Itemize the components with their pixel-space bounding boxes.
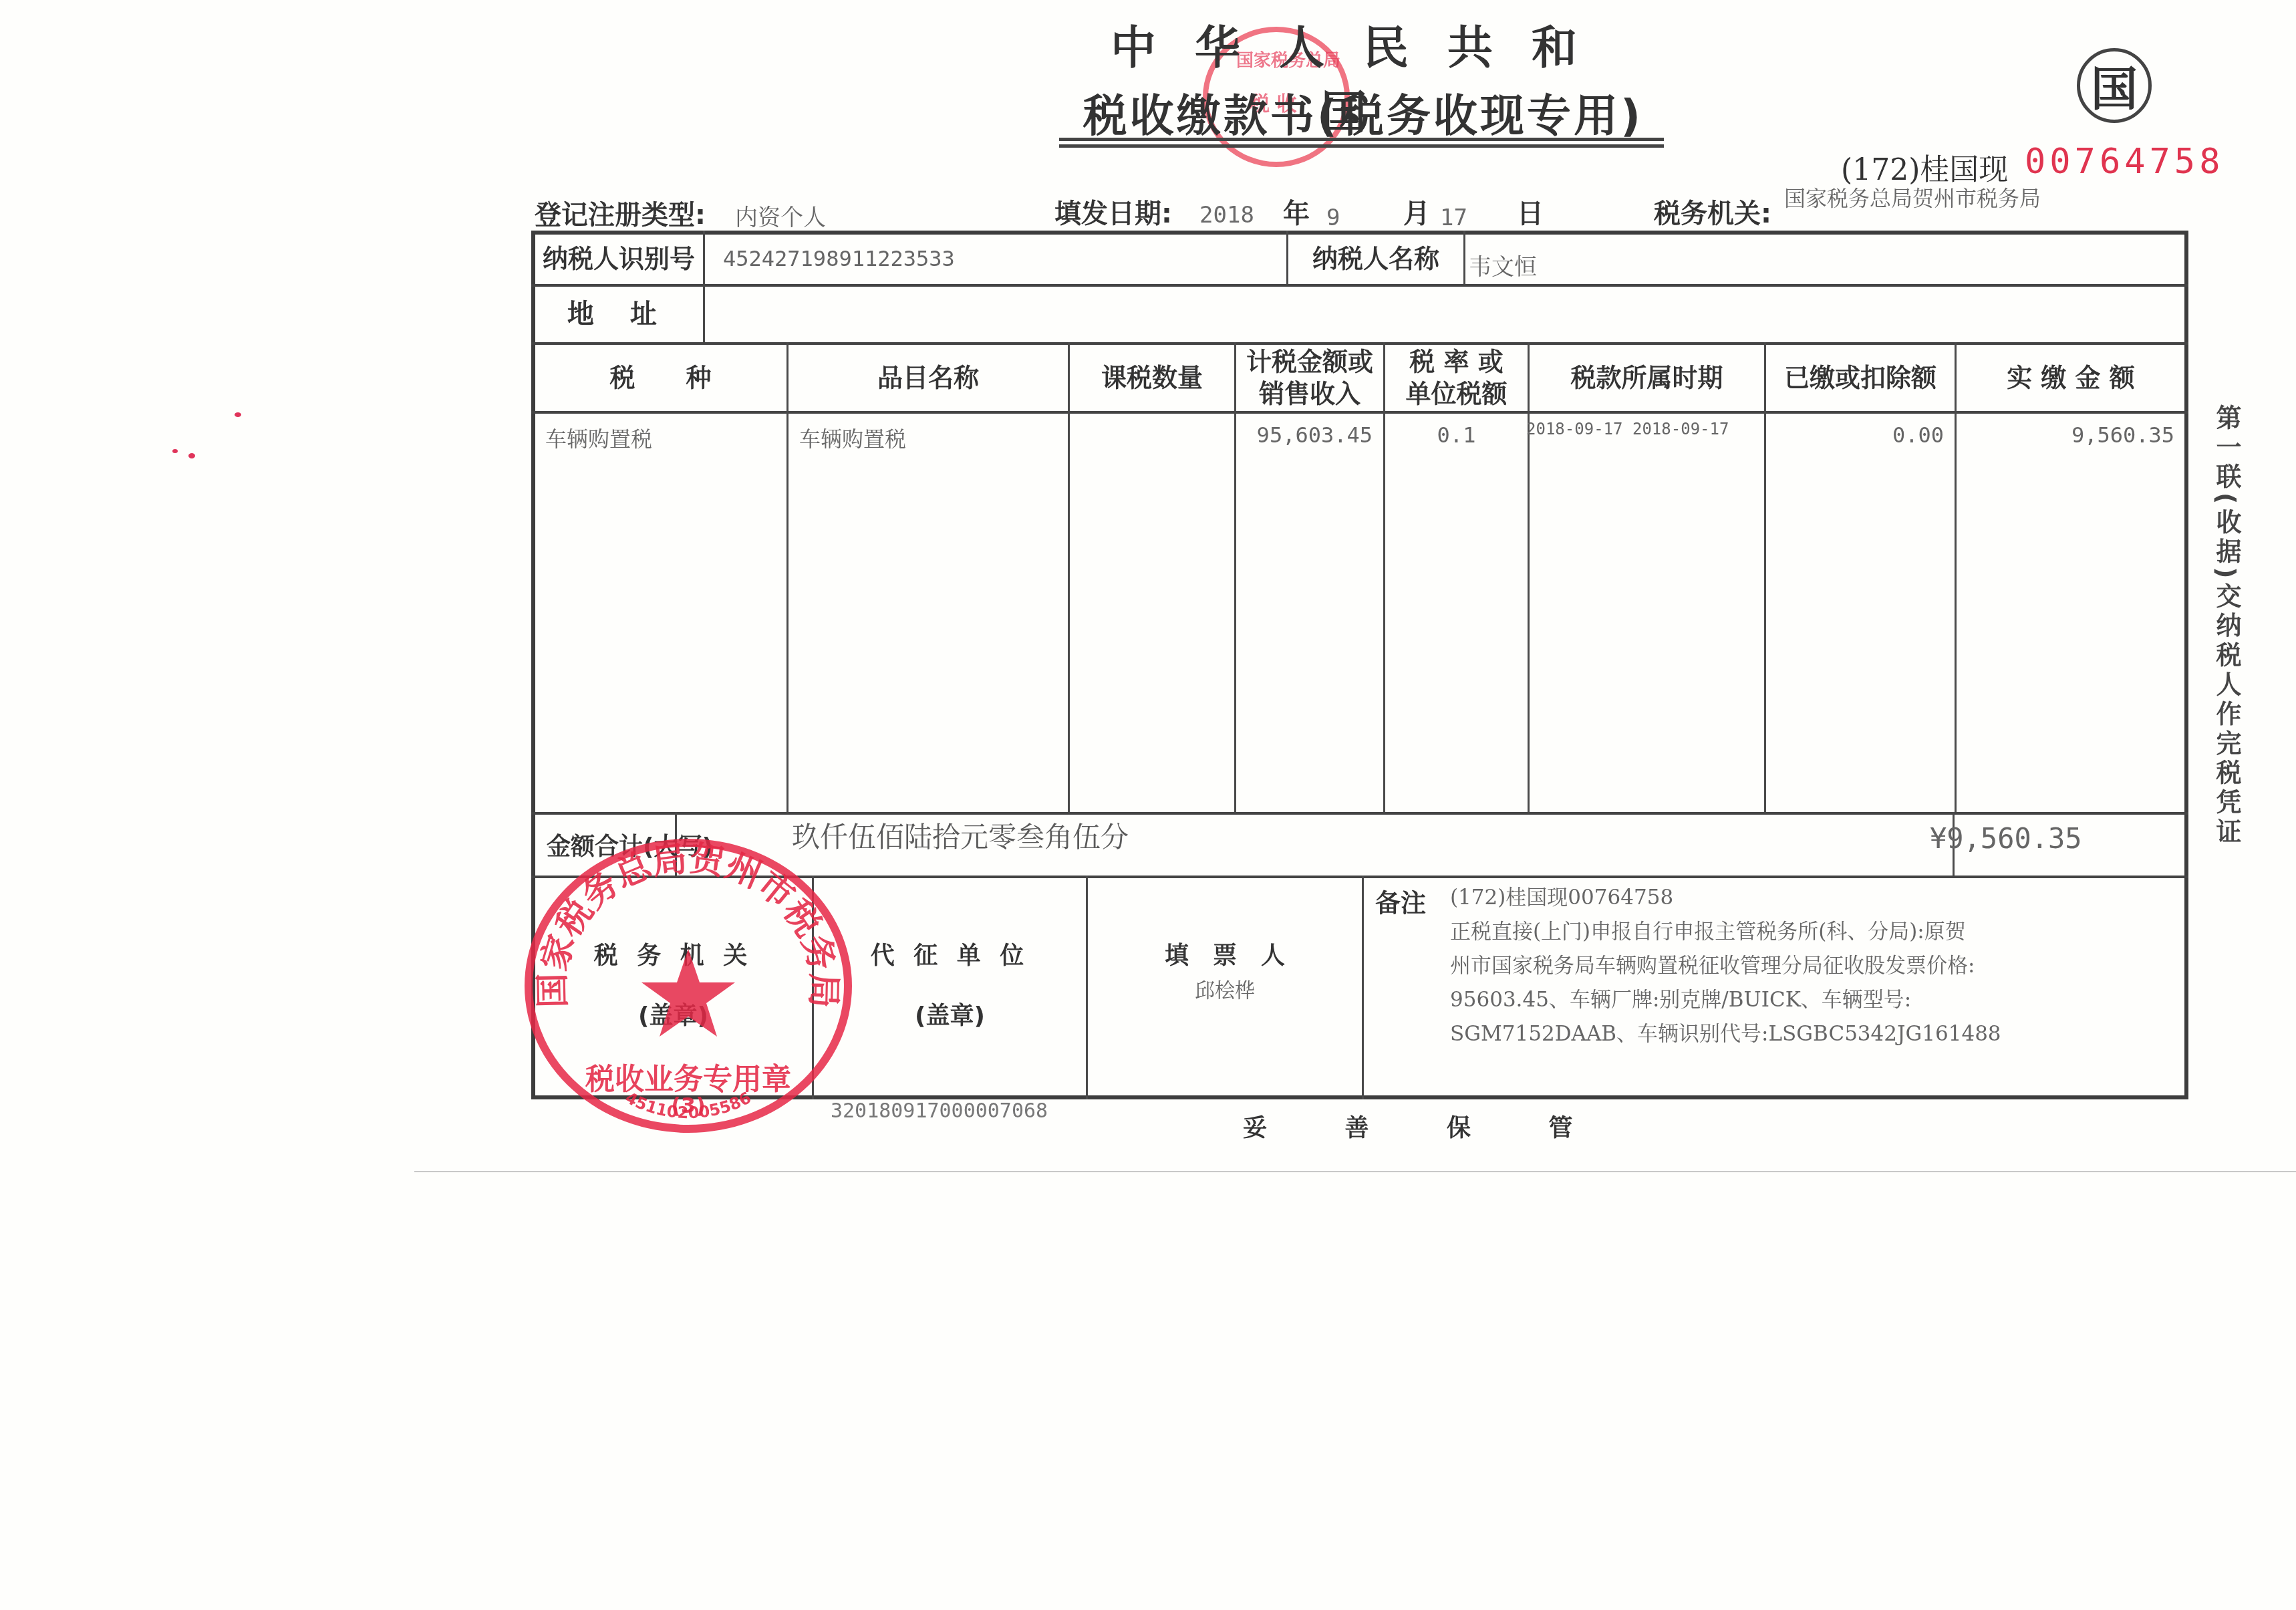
column-header-line1: 实 缴 金 额 (2007, 362, 2135, 394)
star-icon (641, 949, 735, 1037)
agent-unit-seal-note: (盖章) (814, 996, 1086, 1036)
copy-note: 第一联(收据)交纳税人作完税凭证 (2205, 404, 2245, 847)
column-header: 税 种 (535, 345, 786, 411)
remarks-content: (172)桂国现00764758正税直接(上门)申报自行申报主管税务所(科、分局… (1450, 881, 2001, 1051)
tax-authority-label: 税务机关: (1654, 192, 1771, 231)
table-cell-actual-paid: 9,560.35 (1967, 422, 2174, 448)
taxpayer-name-label: 纳税人名称 (1288, 234, 1463, 284)
ink-speck (235, 412, 241, 417)
column-header: 品目名称 (788, 345, 1068, 411)
filler-name: 邱桧桦 (1088, 974, 1362, 1008)
remarks-line: 95603.45、车辆厂牌:别克牌/BUICK、车辆型号: (1450, 983, 2001, 1017)
column-header-line1: 已缴或扣除额 (1784, 362, 1936, 394)
table-cell-rate: 0.1 (1396, 422, 1517, 448)
title-underline (1059, 138, 1664, 141)
national-tax-badge-icon: 国 (2077, 48, 2152, 123)
issue-month: 9 (1326, 205, 1340, 231)
taxpayer-id-label: 纳税人识别号 (535, 234, 703, 284)
address-label: 地 址 (535, 286, 703, 342)
column-header: 计税金额或销售收入 (1236, 345, 1383, 411)
svg-text:税收业务专用章: 税收业务专用章 (585, 1063, 791, 1097)
remarks-line: SGM7152DAAB、车辆识别代号:LSGBC5342JG161488 (1450, 1017, 2001, 1051)
taxpayer-id-value: 452427198911223533 (723, 246, 955, 271)
document-subtitle: 税收缴款书(税务收现专用) (1056, 80, 1671, 144)
issue-year: 2018 (1199, 202, 1254, 229)
col-divider (1463, 231, 1465, 284)
column-header-line1: 计税金额或 (1246, 346, 1373, 378)
column-header: 实 缴 金 额 (1957, 345, 2185, 411)
col-divider (786, 342, 788, 812)
official-seal-graphic: 国家税务总局贺州市税务局 税收业务专用章 (3) 451102005586 (525, 839, 852, 1133)
col-divider (1234, 342, 1236, 812)
column-header-line1: 税 种 (609, 362, 711, 394)
column-header-line1: 品目名称 (877, 362, 979, 394)
row-divider (531, 411, 2188, 414)
col-divider (1955, 342, 1957, 812)
col-divider (1362, 876, 1364, 1099)
remarks-line: (172)桂国现00764758 (1450, 881, 2001, 915)
month-unit: 月 (1403, 192, 1430, 231)
col-divider (1068, 342, 1070, 812)
column-header-line1: 税 率 或 (1409, 346, 1503, 378)
filler-label: 填 票 人 (1088, 936, 1362, 976)
column-header: 已缴或扣除额 (1766, 345, 1955, 411)
agent-unit-label: 代 征 单 位 (814, 936, 1086, 976)
col-divider (1383, 342, 1385, 812)
serial-number: 00764758 (2025, 142, 2224, 182)
ink-speck (188, 453, 195, 458)
table-cell-taxable-amount: 95,603.45 (1247, 422, 1373, 448)
title-underline (1059, 144, 1664, 148)
table-cell-paid-or-deducted: 0.00 (1777, 422, 1944, 448)
row-divider (531, 812, 2188, 815)
remarks-line: 正税直接(上门)申报自行申报主管税务所(科、分局):原贺 (1450, 915, 2001, 949)
table-cell-item-name: 车辆购置税 (799, 422, 1057, 453)
keep-safe-note: 妥 善 保 管 (1243, 1109, 1608, 1144)
column-header: 税 率 或单位税额 (1385, 345, 1528, 411)
total-amount: ¥9,560.35 (1930, 822, 2082, 855)
col-divider (1528, 342, 1530, 812)
year-unit: 年 (1283, 192, 1310, 231)
taxpayer-name-value: 韦文恒 (1469, 249, 1537, 281)
column-header-line2: 销售收入 (1259, 378, 1360, 410)
paper-edge (414, 1171, 2296, 1172)
column-header-line1: 课税数量 (1101, 362, 1203, 394)
column-header-line2: 单位税额 (1405, 378, 1507, 410)
column-header: 课税数量 (1070, 345, 1234, 411)
row-divider (531, 284, 2188, 287)
table-cell-period: 2018-09-17 2018-09-17 (1526, 420, 1761, 438)
registration-type-label: 登记注册类型: (535, 194, 706, 232)
issue-date-label: 填发日期: (1054, 192, 1172, 231)
issue-day: 17 (1440, 205, 1467, 231)
col-divider (703, 231, 705, 342)
document-code: 320180917000007068 (831, 1099, 1048, 1123)
table-cell-tax-type: 车辆购置税 (545, 422, 776, 453)
col-divider (1764, 342, 1766, 812)
day-unit: 日 (1517, 192, 1544, 231)
column-header-line1: 税款所属时期 (1570, 362, 1723, 394)
remarks-line: 州市国家税务局车辆购置税征收管理分局征收股发票价格: (1450, 949, 2001, 983)
registration-type-value: 内资个人 (735, 199, 826, 232)
remarks-label: 备注 (1375, 888, 1426, 920)
column-header: 税款所属时期 (1530, 345, 1764, 411)
tax-authority-value: 国家税务总局贺州市税务局 (1784, 182, 2041, 213)
ink-speck (172, 449, 178, 453)
